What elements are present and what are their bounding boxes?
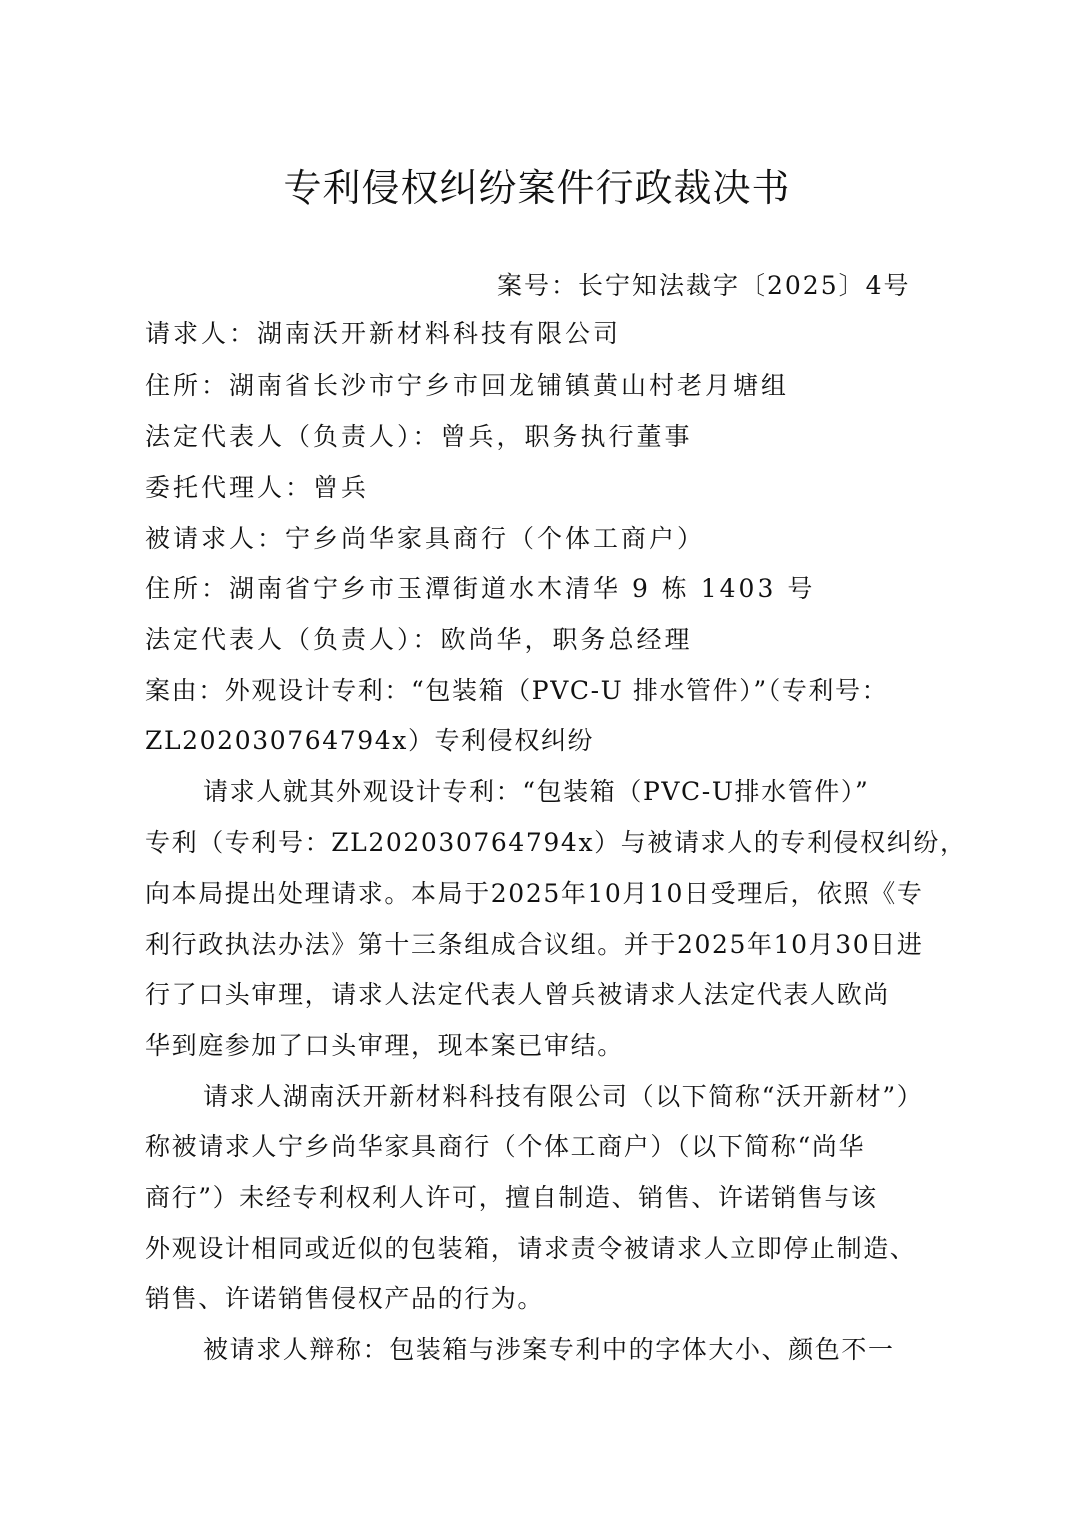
respondent-address-line: 住所：湖南省宁乡市玉潭街道水木清华 9 栋 1403 号	[145, 571, 815, 607]
requester-legal-rep-line: 法定代表人（负责人）：曾兵，职务执行董事	[145, 419, 693, 455]
paragraph-1-line-1: 请求人就其外观设计专利：“包装箱（PVC-U排水管件）”	[203, 774, 869, 810]
paragraph-2-line-5: 销售、许诺销售侵权产品的行为。	[145, 1281, 544, 1317]
paragraph-1-line-6: 华到庭参加了口头审理，现本案已审结。	[145, 1028, 624, 1064]
requester-address-line: 住所：湖南省长沙市宁乡市回龙铺镇黄山村老月塘组	[145, 368, 789, 404]
requester-line: 请求人：湖南沃开新材料科技有限公司	[145, 316, 621, 352]
paragraph-2-line-2: 称被请求人宁乡尚华家具商行（个体工商户）（以下简称“尚华	[145, 1129, 865, 1165]
paragraph-3-line-1: 被请求人辩称：包装箱与涉案专利中的字体大小、颜色不一	[203, 1332, 895, 1368]
requester-agent-line: 委托代理人：曾兵	[145, 470, 369, 506]
paragraph-1-line-2: 专利（专利号：ZL202030764794x）与被请求人的专利侵权纠纷，	[145, 825, 967, 861]
paragraph-2-line-4: 外观设计相同或近似的包装箱，请求责令被请求人立即停止制造、	[145, 1231, 916, 1267]
paragraph-1-line-4: 利行政执法办法》第十三条组成合议组。并于2025年10月30日进	[145, 927, 923, 963]
respondent-line: 被请求人：宁乡尚华家具商行（个体工商户）	[145, 521, 705, 557]
paragraph-1-line-5: 行了口头审理，请求人法定代表人曾兵被请求人法定代表人欧尚	[145, 977, 890, 1013]
document-title: 专利侵权纠纷案件行政裁决书	[0, 162, 1074, 214]
cause-line-1: 案由：外观设计专利：“包装箱（PVC-U 排水管件）”（专利号：	[145, 673, 888, 709]
paragraph-1-line-3: 向本局提出处理请求。本局于2025年10月10日受理后，依照《专	[145, 876, 923, 912]
case-number: 案号：长宁知法裁字〔2025〕4号	[497, 268, 911, 304]
cause-line-2: ZL202030764794x）专利侵权纠纷	[145, 723, 594, 759]
paragraph-2-line-3: 商行”）未经专利权利人许可，擅自制造、销售、许诺销售与该	[145, 1180, 878, 1216]
document-page: 专利侵权纠纷案件行政裁决书 案号：长宁知法裁字〔2025〕4号 请求人：湖南沃开…	[0, 0, 1074, 1520]
respondent-legal-rep-line: 法定代表人（负责人）：欧尚华，职务总经理	[145, 622, 693, 658]
paragraph-2-line-1: 请求人湖南沃开新材料科技有限公司（以下简称“沃开新材”）	[203, 1079, 923, 1115]
